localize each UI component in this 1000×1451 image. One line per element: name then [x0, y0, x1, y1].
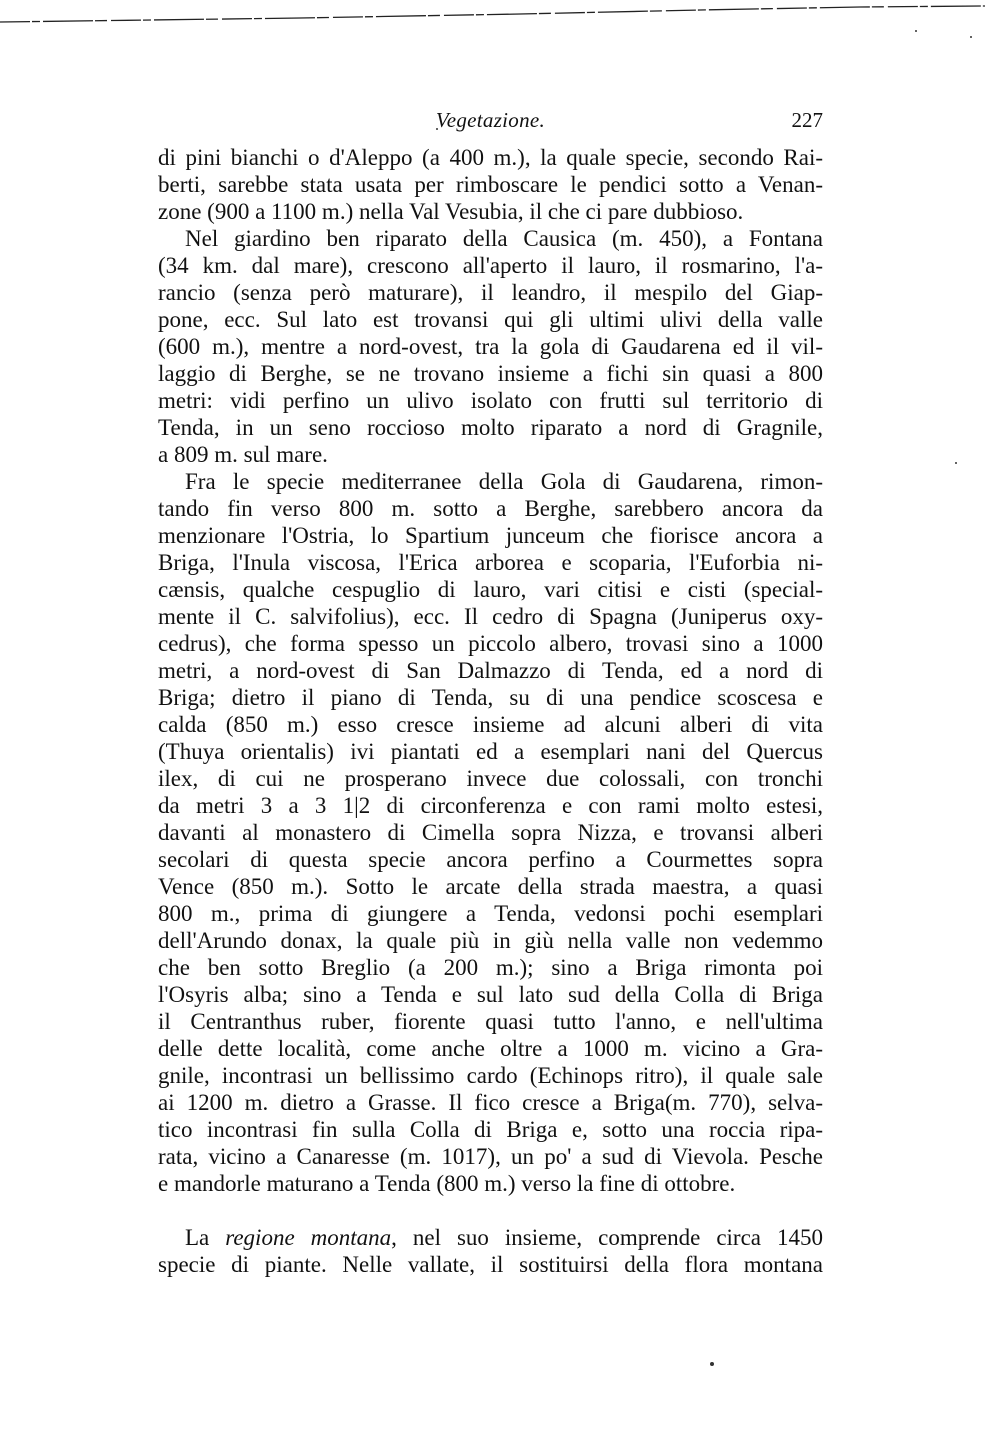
text-line: 800 m., prima di giungere a Tenda, vedon… [158, 900, 823, 927]
text-line: zone (900 a 1100 m.) nella Val Vesubia, … [158, 198, 823, 225]
text-line: di pini bianchi o d'Aleppo (a 400 m.), l… [158, 144, 823, 171]
text-line: che ben sotto Breglio (a 200 m.); sino a… [158, 954, 823, 981]
paragraph-3: Fra le specie mediterranee della Gola di… [158, 468, 823, 1197]
text-line: mente il C. salvifolius), ecc. Il cedro … [158, 603, 823, 630]
text-line: cænsis, qualche cespuglio di lauro, vari… [158, 576, 823, 603]
text-line: delle dette località, come anche oltre a… [158, 1035, 823, 1062]
text-line: l'Osyris alba; sino a Tenda e sul lato s… [158, 981, 823, 1008]
section-gap [158, 1197, 823, 1224]
paragraph-1: di pini bianchi o d'Aleppo (a 400 m.), l… [158, 144, 823, 225]
scan-speck [915, 30, 917, 32]
text-line: menzionare l'Ostria, lo Spartium junceum… [158, 522, 823, 549]
lead-text: La [185, 1225, 225, 1250]
text-line: ilex, di cui ne prosperano invece due co… [158, 765, 823, 792]
text-line: tando fin verso 800 m. sotto a Berghe, s… [158, 495, 823, 522]
text-line: La regione montana, nel suo insieme, com… [158, 1224, 823, 1251]
scan-speck [970, 36, 972, 38]
text-line: metri, a nord-ovest di San Dalmazzo di T… [158, 657, 823, 684]
text-line: pone, ecc. Sul lato est trovansi qui gli… [158, 306, 823, 333]
scan-speck [955, 462, 957, 464]
paragraph-4: La regione montana, nel suo insieme, com… [158, 1224, 823, 1278]
text-line: rancio (senza però maturare), il leandro… [158, 279, 823, 306]
scan-edge-line [0, 0, 1000, 30]
text-line: Fra le specie mediterranee della Gola di… [158, 468, 823, 495]
line-rest: , nel suo insieme, comprende circa 1450 [391, 1225, 823, 1250]
text-line: gnile, incontrasi un bellissimo cardo (E… [158, 1062, 823, 1089]
text-line: laggio di Berghe, se ne trovano insieme … [158, 360, 823, 387]
text-line: rata, vicino a Canaresse (m. 1017), un p… [158, 1143, 823, 1170]
scan-speck [436, 128, 438, 130]
text-line: Briga, l'Inula viscosa, l'Erica arborea … [158, 549, 823, 576]
book-page: Vegetazione. 227 di pini bianchi o d'Ale… [158, 108, 823, 1278]
text-line: tico incontrasi fin sulla Colla di Briga… [158, 1116, 823, 1143]
paragraph-2: Nel giardino ben riparato della Causica … [158, 225, 823, 468]
text-line: specie di piante. Nelle vallate, il sost… [158, 1251, 823, 1278]
text-line: il Centranthus ruber, fiorente quasi tut… [158, 1008, 823, 1035]
text-line: davanti al monastero di Cimella sopra Ni… [158, 819, 823, 846]
text-line: Briga; dietro il piano di Tenda, su di u… [158, 684, 823, 711]
text-line: Tenda, in un seno roccioso molto riparat… [158, 414, 823, 441]
text-line: da metri 3 a 3 1|2 di circonferenza e co… [158, 792, 823, 819]
text-line: (600 m.), mentre a nord-ovest, tra la go… [158, 333, 823, 360]
text-line: (34 km. dal mare), crescono all'aperto i… [158, 252, 823, 279]
text-line: metri: vidi perfino un ulivo isolato con… [158, 387, 823, 414]
page-number: 227 [792, 108, 824, 133]
text-line: berti, sarebbe stata usata per rimboscar… [158, 171, 823, 198]
running-head: Vegetazione. 227 [158, 108, 823, 144]
text-line: (Thuya orientalis) ivi piantati ed a ese… [158, 738, 823, 765]
text-line: e mandorle maturano a Tenda (800 m.) ver… [158, 1170, 823, 1197]
text-line: dell'Arundo donax, la quale più in giù n… [158, 927, 823, 954]
text-line: secolari di questa specie ancora perfino… [158, 846, 823, 873]
text-line: a 809 m. sul mare. [158, 441, 823, 468]
text-line: ai 1200 m. dietro a Grasse. Il fico cres… [158, 1089, 823, 1116]
scan-speck [710, 1362, 714, 1366]
text-line: cedrus), che forma spesso un piccolo alb… [158, 630, 823, 657]
italic-term: regione montana [225, 1225, 391, 1250]
running-title: Vegetazione. [158, 108, 823, 133]
text-line: calda (850 m.) esso cresce insieme ad al… [158, 711, 823, 738]
text-line: Vence (850 m.). Sotto le arcate della st… [158, 873, 823, 900]
text-line: Nel giardino ben riparato della Causica … [158, 225, 823, 252]
